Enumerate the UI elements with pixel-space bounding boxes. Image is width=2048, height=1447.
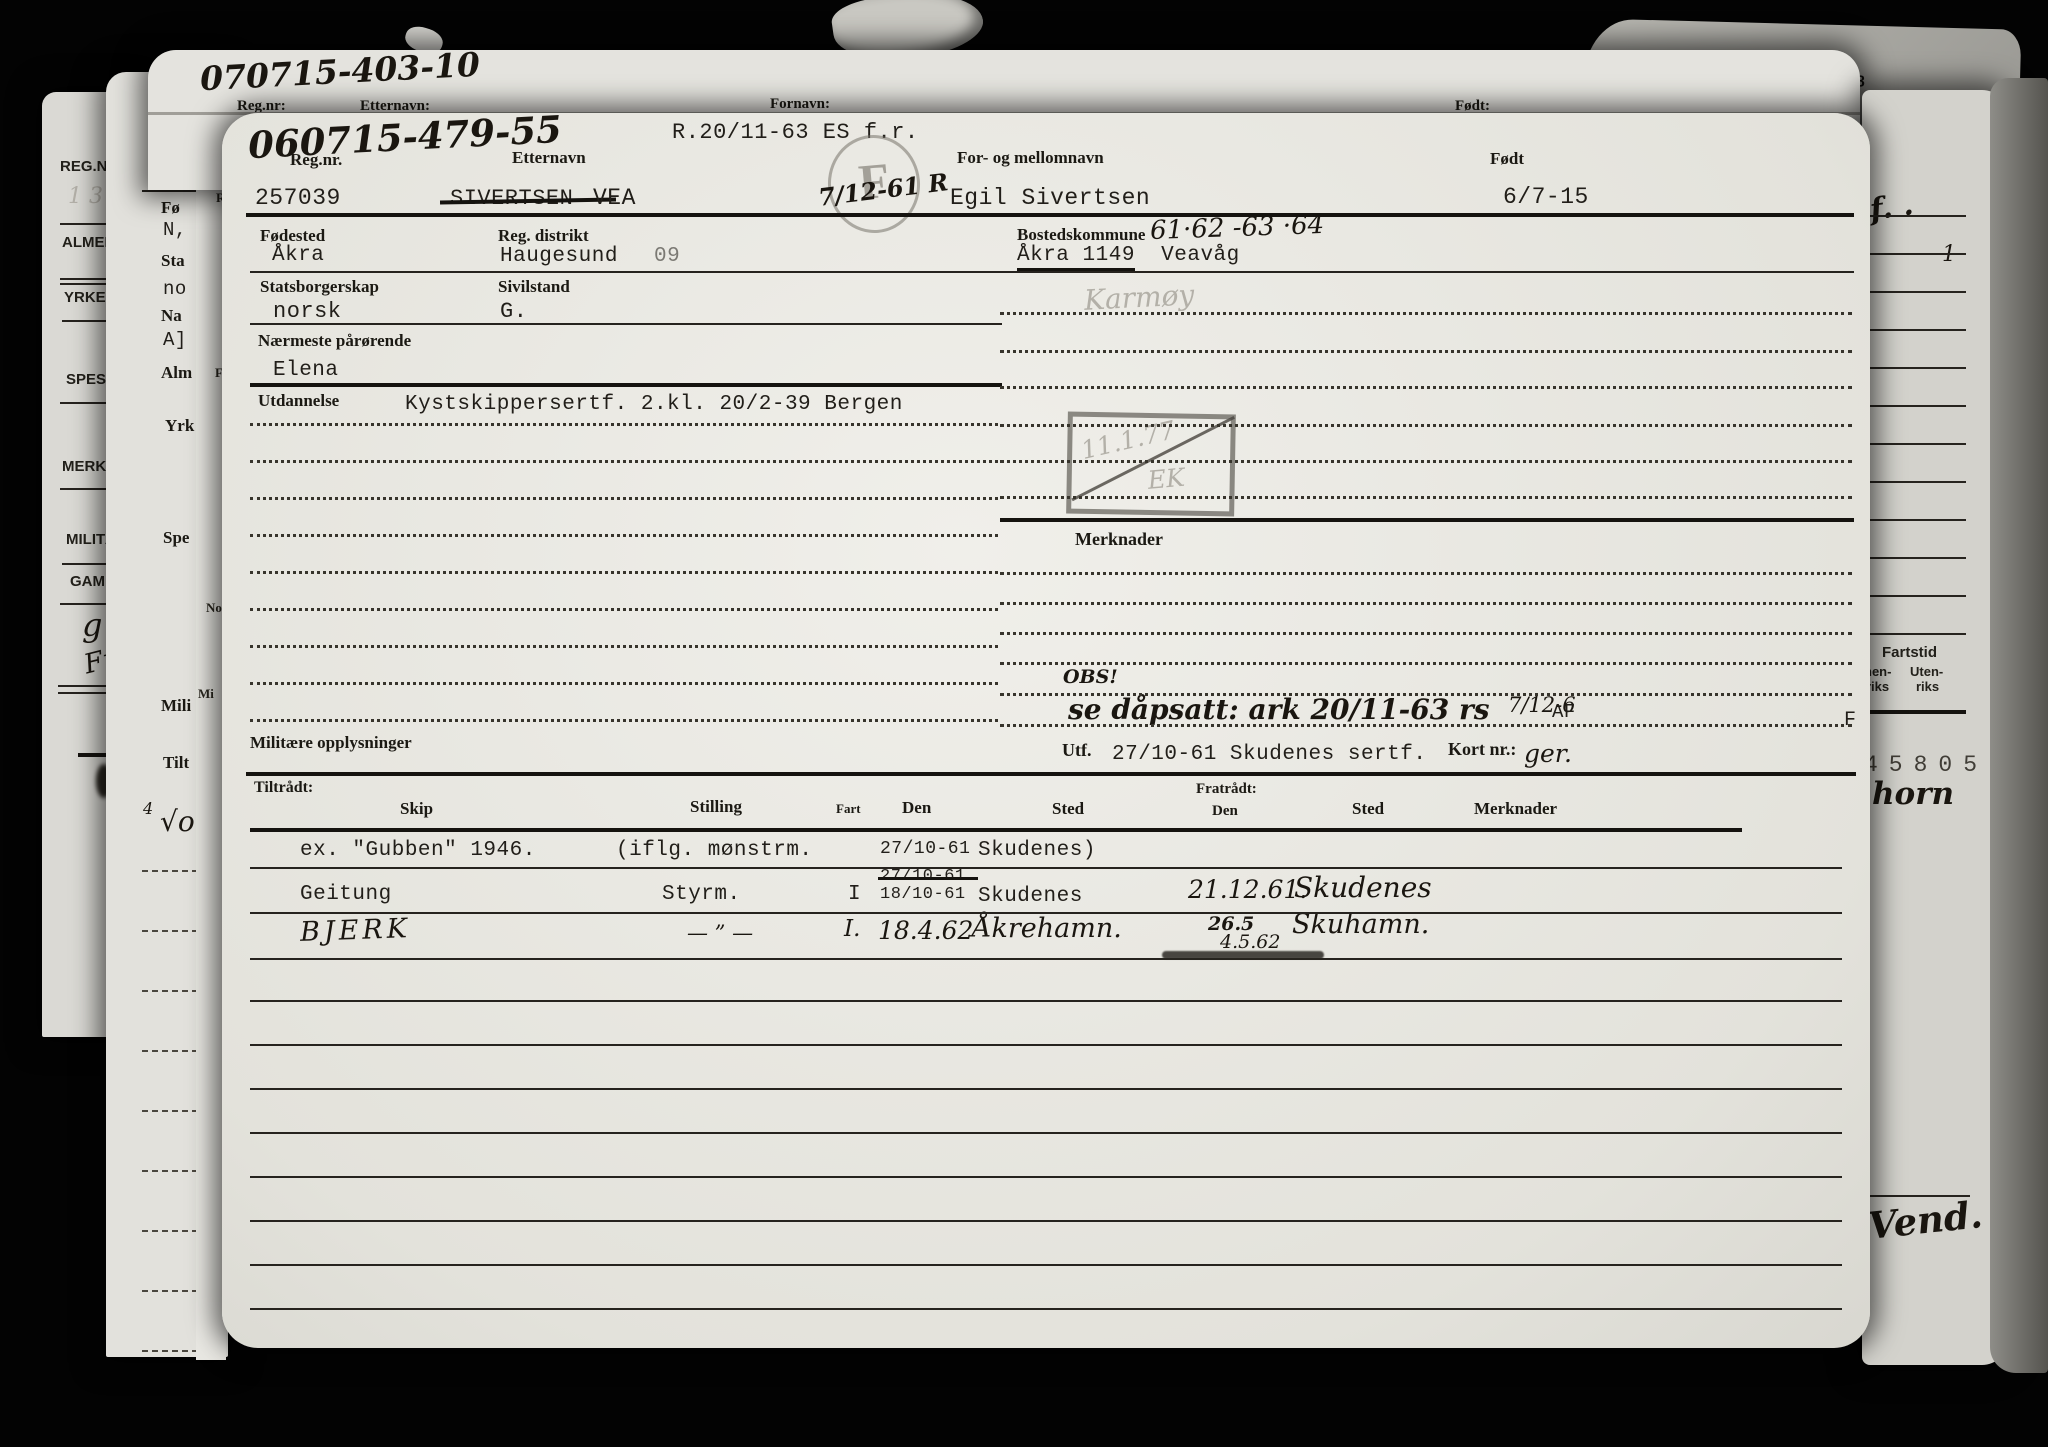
label-utdannelse: Utdannelse [258,391,339,411]
rule [1000,312,1852,315]
strip2-frag-10: Mili [161,696,191,716]
row3-fart: I. [844,916,860,942]
row3-fratradt-den: 4.5.62 [1220,931,1280,953]
main-label-etternavn: Etternavn [512,148,586,168]
main-label-fodt: Født [1490,149,1524,169]
row2-fratradt-den: 21.12.61. [1188,875,1307,904]
rule [250,1132,1842,1134]
row1-sted: Skudenes) [978,839,1096,862]
rule [1864,329,1966,331]
sivilstand-value: G. [500,299,527,324]
rule [250,271,1854,273]
row2-den-strike-line [878,877,978,880]
row3-sted: Åkrehamn. [972,913,1122,944]
rule [1864,557,1966,559]
strip2-frag-5: Na [161,306,182,326]
strip2-frag-7: Alm [161,363,192,383]
rule [1864,253,1966,255]
right-card-strip: f. . 1 Fartstid nen- riks Uten- riks 458… [1862,90,2008,1365]
strip1-hw-g: g [82,606,102,644]
rule [1864,595,1966,597]
rule [1864,443,1966,445]
label-merknader: Merknader [1075,529,1163,550]
fodested-value: Åkra [272,244,324,267]
utf-value: 27/10-61 Skudenes sertf. [1112,743,1426,766]
rule [250,828,1742,832]
rule [250,912,1842,914]
rule [250,645,998,648]
label-bostedskommune: Bostedskommune [1017,225,1145,245]
rule [1000,518,1854,522]
strip2-frag-8: Yrk [165,416,194,436]
bosted-value: Åkra 1149 Veavåg [1017,244,1240,267]
rule [1864,633,1966,635]
th-sted2: Sted [1352,799,1384,819]
utdannelse-value: Kystskippersertf. 2.kl. 20/2-39 Bergen [405,393,903,416]
rule [1862,710,1966,714]
rule [250,1176,1842,1178]
rule [250,323,1002,325]
strip2-frag-6: A] [163,329,187,351]
bosted-value-underlined: Åkra 1149 [1017,244,1135,271]
th-fratradt: Fratrådt: [1196,781,1257,798]
row2-fart: I [848,883,861,906]
rule [250,423,998,426]
rule [246,213,1854,217]
rule [1000,496,1852,499]
main-label-mellomnavn: For- og mellomnavn [957,148,1104,168]
table-label-tiltradt: Tiltrådt: [254,779,313,797]
row2-skip: Geitung [300,883,392,906]
rule [250,1264,1842,1266]
rule [250,719,998,722]
rstrip-hw-top: f. . [1868,187,1916,228]
rule [1000,386,1852,389]
strip2-frag-4: no [163,278,187,300]
rule [1862,1195,1970,1197]
rstrip-hw-word: horn [1872,776,1954,812]
rule [1000,662,1852,665]
th-den: Den [902,798,931,818]
rule [1000,693,1852,696]
main-label-regnr: Reg.nr. [290,150,342,170]
strip2-frag-12: √o [160,805,195,838]
strip1-pencil-number: 1 3 [68,184,103,209]
rule [250,608,998,611]
rule [1000,424,1852,427]
rule [250,534,998,537]
rule [250,497,998,500]
rule [1000,460,1852,463]
rule [250,1220,1842,1222]
row1-stilling: (iflg. mønstrm. [616,839,813,862]
label-regdistrikt: Reg. distrikt [498,226,589,246]
rule [250,460,998,463]
strip2-frag-3: Sta [161,251,185,271]
rstrip-fartstid-label: Fartstid [1882,644,1937,661]
strip3-frag-2: No [206,600,222,616]
strip3-frag-3: Mi [198,686,214,702]
strip2-frag-11: Tilt [163,753,189,773]
th-fart: Fart [836,801,861,817]
rule [1864,481,1966,483]
th-fratradt-den: Den [1212,803,1238,820]
row3-skip: BJERK [299,913,411,948]
label-sivilstand: Sivilstand [498,277,570,297]
back-label-fornavn: Fornavn: [770,96,830,113]
row2-den: 18/10-61 [880,885,966,904]
row3-den: 18.4.62 [878,916,973,945]
cancel-stamp-box: 11.1.77 EK [1066,412,1236,517]
rule [1000,572,1852,575]
rule [250,383,1002,387]
th-stilling: Stilling [690,797,742,817]
kort-nr-value: ger. [1524,739,1572,768]
strip2-frag-9: Spe [163,528,189,548]
main-card: 060715-479-55 Reg.nr. R.20/11-63 ES f.r.… [222,113,1870,1348]
label-kort-nr: Kort nr.: [1448,739,1516,760]
merknader-obs: OBS! [1063,666,1118,688]
rule [250,1088,1842,1090]
rule [250,1044,1842,1046]
regnr-value: 257039 [255,185,341,211]
rule [1864,215,1966,217]
row1-skip: ex. "Gubben" 1946. [300,839,536,862]
rstrip-col-outer-1: Uten- [1910,664,1943,679]
strip2-frag-1: Fø [161,198,180,218]
stamp-box-date: 11.1.77 [1078,415,1178,465]
label-militaere: Militære opplysninger [250,733,412,753]
regdistrikt-code: 09 [654,245,680,268]
rule [1864,291,1966,293]
row2-sted2: Skudenes [1294,871,1432,904]
row3-stilling: — ” — [687,921,753,945]
rule [250,867,1842,869]
merknader-note: se dåpsatt: ark 20/11-63 rs [1068,693,1490,726]
rule [1000,632,1852,635]
rule [142,190,204,192]
parorende-value: Elena [273,359,339,382]
strip2-small-mark: 4 [143,799,153,818]
rule [1000,350,1852,353]
label-statsborgerskap: Statsborgerskap [260,277,379,297]
label-parorende: Nærmeste pårørende [258,331,411,351]
rule [1864,405,1966,407]
statsborgerskap-value: norsk [273,299,342,324]
rule [1000,602,1852,605]
torn-far-right-edge [1990,78,2048,1373]
th-merknader: Merknader [1474,799,1557,819]
rstrip-col-outer-2: riks [1916,679,1939,694]
rule [1864,367,1966,369]
rule [250,1000,1842,1002]
rstrip-vend: Vend. [1866,1192,1984,1248]
scanned-archive-page: 8 REG.NR 1 3 ALMEN U YRKES U SPESIAL MER… [0,0,2048,1447]
row1-den: 27/10-61 [880,839,970,859]
rule [246,772,1856,776]
bosted-value-rest: Veavåg [1161,244,1240,267]
th-sted: Sted [1052,799,1084,819]
strip2-frag-2: N, [163,219,187,241]
label-utf: Utf. [1062,740,1092,761]
fodt-value: 6/7-15 [1503,184,1589,210]
regdistrikt-value: Haugesund [500,245,618,268]
rule [250,1308,1842,1310]
rule [1000,724,1852,727]
merknader-lone-f: F [1844,709,1857,732]
rule [250,958,1842,960]
stamp-box-initials: EK [1147,463,1186,495]
th-skip: Skip [400,799,433,819]
mellomnavn-value: Egil Sivertsen [950,185,1150,211]
rule [250,682,998,685]
rstrip-number: 45805 [1864,752,1988,778]
row2-stilling: Styrm. [662,883,741,906]
merknader-af: AF [1552,701,1576,723]
rule [250,571,998,574]
row2-sted: Skudenes [978,885,1083,908]
etternavn-value: VEA [593,185,636,211]
back-card-handwritten-id: 070715-403-10 [199,45,481,99]
label-fodested: Fødested [260,226,325,246]
rule [1864,519,1966,521]
